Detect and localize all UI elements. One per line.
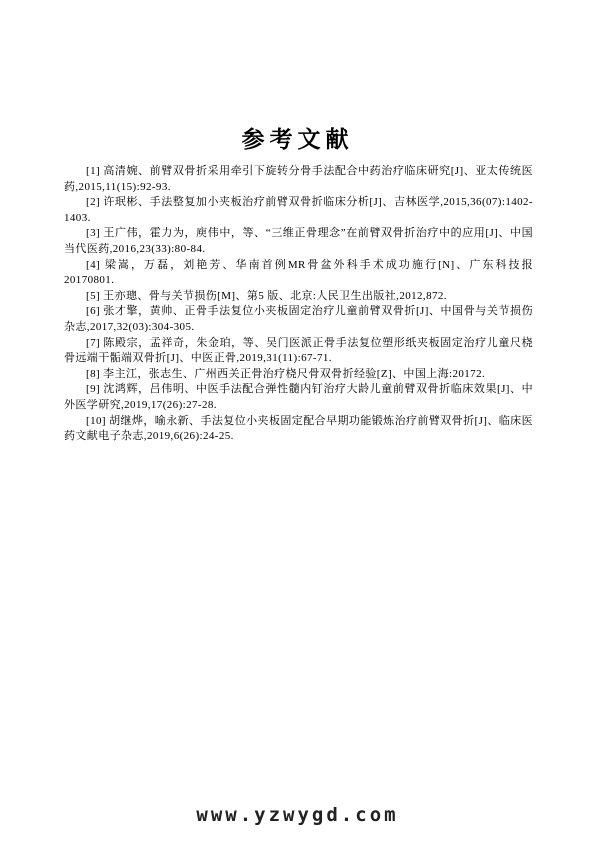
reference-item: [1] 高清婉、前臂双骨折采用牵引下旋转分骨手法配合中药治疗临床研究[J]、亚太…: [64, 164, 533, 195]
reference-item: [7] 陈殿宗，孟祥奇，朱金珀，等、吴门医派正骨手法复位塑形纸夹板固定治疗儿童尺…: [64, 336, 533, 367]
reference-item: [6] 张才擎，黄帅、正骨手法复位小夹板固定治疗儿童前臂双骨折[J]、中国骨与关…: [64, 304, 533, 335]
watermark-url: www.yzwygd.com: [0, 804, 595, 826]
reference-item: [5] 王亦璁、骨与关节损伤[M]、第5 版、北京:人民卫生出版社,2012,8…: [64, 289, 533, 305]
reference-item: [3] 王广伟，霍力为，庾伟中，等、“三维正骨理念”在前臂双骨折治疗中的应用[J…: [64, 226, 533, 257]
reference-item: [8] 李主江，张志生、广州西关正骨治疗桡尺骨双骨折经验[Z]、中国上海:201…: [64, 367, 533, 383]
reference-item: [4] 梁嵩，万磊，刘艳芳、华南首例MR骨盆外科手术成功施行[N]、广东科技报 …: [64, 258, 533, 289]
document-page: 参考文献 [1] 高清婉、前臂双骨折采用牵引下旋转分骨手法配合中药治疗临床研究[…: [0, 0, 595, 842]
references-title: 参考文献: [0, 0, 595, 153]
reference-list: [1] 高清婉、前臂双骨折采用牵引下旋转分骨手法配合中药治疗临床研究[J]、亚太…: [64, 164, 533, 445]
reference-item: [2] 许珉彬、手法整复加小夹板治疗前臂双骨折临床分析[J]、吉林医学,2015…: [64, 195, 533, 226]
reference-item: [9] 沈鸿辉，吕伟明、中医手法配合弹性髓内钉治疗大龄儿童前臂双骨折临床效果[J…: [64, 382, 533, 413]
reference-item: [10] 胡继烨，喻永新、手法复位小夹板固定配合早期功能锻炼治疗前臂双骨折[J]…: [64, 414, 533, 445]
